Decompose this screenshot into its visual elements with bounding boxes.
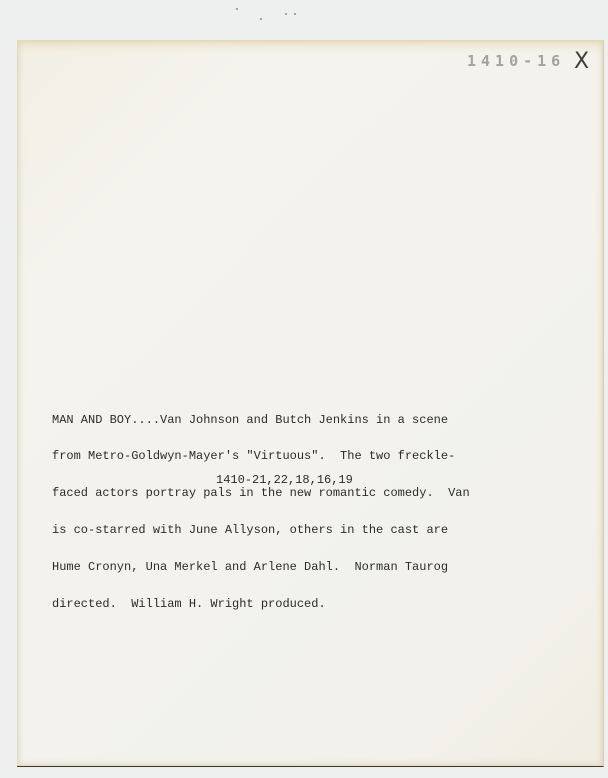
archive-stamp-number: 1410-16 xyxy=(467,52,565,70)
reference-numbers: 1410-21,22,18,16,19 xyxy=(216,473,353,487)
dust-speck xyxy=(260,18,262,20)
caption-line: is co-starred with June Allyson, others … xyxy=(52,524,470,536)
scanner-dust xyxy=(0,0,608,40)
caption-line: Hume Cronyn, Una Merkel and Arlene Dahl.… xyxy=(52,561,470,573)
caption-line: directed. William H. Wright produced. xyxy=(52,598,470,610)
dust-speck xyxy=(236,8,238,10)
dust-speck xyxy=(285,13,287,15)
caption-line: MAN AND BOY....Van Johnson and Butch Jen… xyxy=(52,414,470,426)
handwritten-mark: X xyxy=(574,49,589,74)
caption-text: MAN AND BOY....Van Johnson and Butch Jen… xyxy=(52,389,470,623)
dust-speck xyxy=(294,13,296,15)
caption-line: faced actors portray pals in the new rom… xyxy=(52,487,470,499)
caption-line: from Metro-Goldwyn-Mayer's "Virtuous". T… xyxy=(52,450,470,462)
